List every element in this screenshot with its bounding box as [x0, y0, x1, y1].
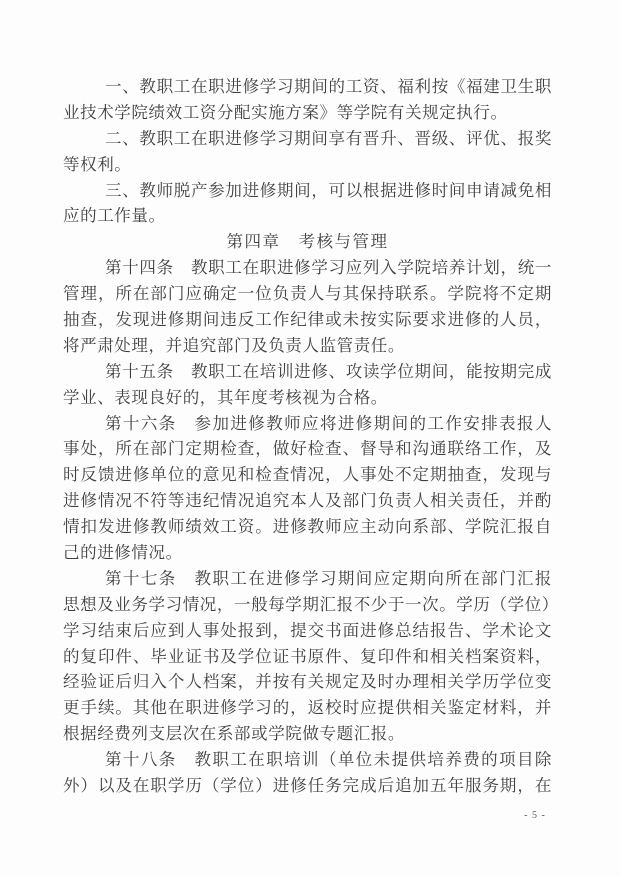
text-line: 三、教师脱产参加进修期间，可以根据进修时间申请减免相 [63, 178, 552, 204]
text-line: 思想及业务学习情况，一般每学期汇报不少于一次。学历（学位） [63, 592, 552, 618]
text-line: 经验证后归入个人档案，并按有关规定及时办理相关学历学位变 [63, 669, 552, 695]
text-line: 情扣发进修教师绩效工资。进修教师应主动向系部、学院汇报自 [63, 514, 552, 540]
text-line: 业技术学院绩效工资分配实施方案》等学院有关规定执行。 [63, 100, 552, 126]
text-line: 外）以及在职学历（学位）进修任务完成后追加五年服务期，在 [63, 773, 552, 799]
text-line: 将严肃处理，并追究部门及负责人监管责任。 [63, 333, 552, 359]
document-page: 一、教职工在职进修学习期间的工资、福利按《福建卫生职业技术学院绩效工资分配实施方… [0, 0, 620, 877]
text-line: 事处，所在部门定期检查，做好检查、督导和沟通联络工作，及 [63, 436, 552, 462]
text-line: 第十五条 教职工在培训进修、攻读学位期间，能按期完成 [63, 359, 552, 385]
text-line: 根据经费列支层次在系部或学院做专题汇报。 [63, 721, 552, 747]
text-line: 一、教职工在职进修学习期间的工资、福利按《福建卫生职 [63, 74, 552, 100]
text-line: 第十七条 教职工在进修学习期间应定期向所在部门汇报 [63, 566, 552, 592]
text-line: 应的工作量。 [63, 203, 552, 229]
document-body: 一、教职工在职进修学习期间的工资、福利按《福建卫生职业技术学院绩效工资分配实施方… [63, 74, 552, 799]
text-line: 时反馈进修单位的意见和检查情况，人事处不定期抽查，发现与 [63, 462, 552, 488]
text-line: 学习结束后应到人事处报到，提交书面进修总结报告、学术论文 [63, 618, 552, 644]
text-line: 第十四条 教职工在职进修学习应列入学院培养计划，统一 [63, 255, 552, 281]
text-line: 管理，所在部门应确定一位负责人与其保持联系。学院将不定期 [63, 281, 552, 307]
chapter-heading: 第四章 考核与管理 [63, 229, 552, 255]
text-line: 第十八条 教职工在职培训（单位未提供培养费的项目除 [63, 747, 552, 773]
text-line: 更手续。其他在职进修学习的，返校时应提供相关鉴定材料，并 [63, 695, 552, 721]
text-line: 的复印件、毕业证书及学位证书原件、复印件和相关档案资料， [63, 644, 552, 670]
text-line: 抽查，发现进修期间违反工作纪律或未按实际要求进修的人员， [63, 307, 552, 333]
text-line: 等权利。 [63, 152, 552, 178]
text-line: 己的进修情况。 [63, 540, 552, 566]
text-line: 进修情况不符等违纪情况追究本人及部门负责人相关责任，并酌 [63, 488, 552, 514]
text-line: 二、教职工在职进修学习期间享有晋升、晋级、评优、报奖 [63, 126, 552, 152]
text-line: 学业、表现良好的，其年度考核视为合格。 [63, 385, 552, 411]
page-number: - 5 - [518, 810, 552, 821]
text-line: 第十六条 参加进修教师应将进修期间的工作安排表报人 [63, 411, 552, 437]
